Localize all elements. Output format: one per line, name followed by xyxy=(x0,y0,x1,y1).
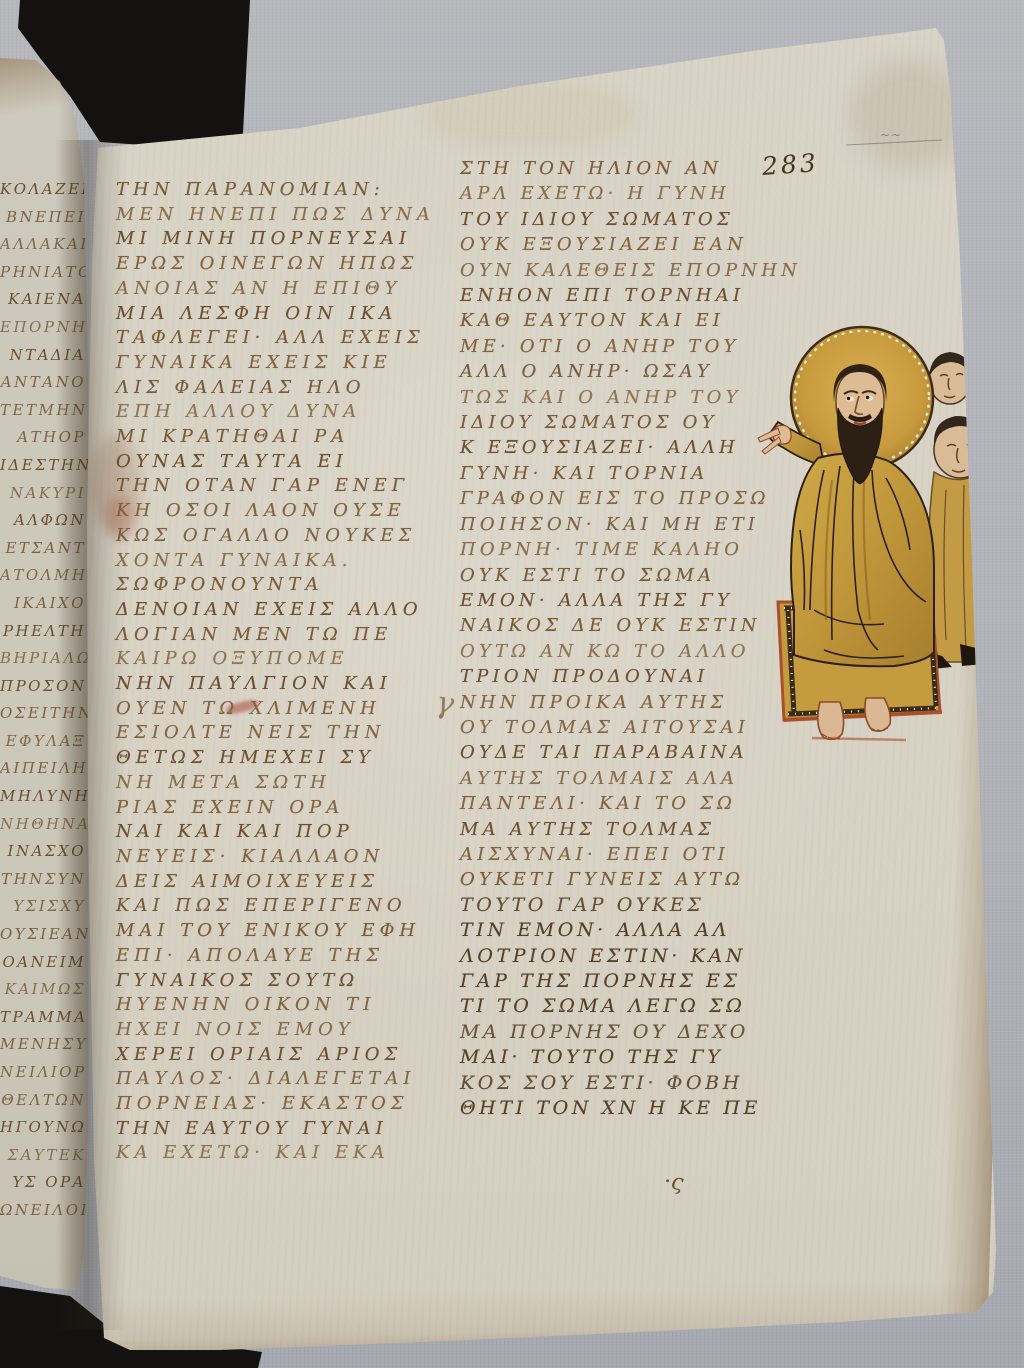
text-column-right: ΣΤΗ ΤΟΝ ΗΛΙΟΝ ΑΝΑΡΛ ΕΧΕΤΩ· Η ΓΥΝΗΤΟΥ ΙΔΙ… xyxy=(460,156,798,1121)
manuscript-line: ΟΥΔΕ ΤΑΙ ΠΑΡΑΒΑΙΝΑ xyxy=(460,740,798,765)
manuscript-line: ΟΥΚ ΕΞΟΥΣΙΑΖΕΙ ΕΑΝ xyxy=(460,232,798,257)
manuscript-line: ΚΗ ΟΣΟΙ ΛΑΟΝ ΟΥΣΕ xyxy=(116,499,450,524)
manuscript-line: ΓΥΝΑΙΚΟΣ ΣΟΥΤΩ xyxy=(116,969,450,994)
manuscript-line: ΗΧΕΙ ΝΟΙΣ ΕΜΟΥ xyxy=(116,1018,450,1043)
manuscript-line: ΑΡΛ ΕΧΕΤΩ· Η ΓΥΝΗ xyxy=(460,181,798,206)
manuscript-line: ΕΠΙ· ΑΠΟΛΑΥΕ ΤΗΣ xyxy=(116,944,450,969)
manuscript-line: ΤΑΦΛΕΓΕΙ· ΑΛΛ ΕΧΕΙΣ xyxy=(116,326,450,351)
manuscript-line: ΜΑΙ· ΤΟΥΤΟ ΤΗΣ ΓΥ xyxy=(460,1045,798,1070)
manuscript-line: ΜΑ ΠΟΡΝΗΣ ΟΥ ΔΕΧΟ xyxy=(460,1020,798,1045)
manuscript-line: ΛΟΤΡΙΟΝ ΕΣΤΙΝ· ΚΑΝ xyxy=(460,944,798,969)
manuscript-line: ΚΑ ΕΧΕΤΩ· ΚΑΙ ΕΚΑ xyxy=(116,1141,450,1166)
manuscript-line: ΟΥΝ ΚΑΛΕΘΕΙΣ ΕΠΟΡΝΗΝ xyxy=(460,258,798,283)
manuscript-line: ΝΗΝ ΠΑΥΛΓΙΟΝ ΚΑΙ xyxy=(116,672,450,697)
manuscript-line: ΣΤΗ ΤΟΝ ΗΛΙΟΝ ΑΝ xyxy=(460,156,798,181)
manuscript-line: ΠΑΥΛΟΣ· ΔΙΑΛΕΓΕΤΑΙ xyxy=(116,1067,450,1092)
manuscript-line: ΟΥΕΝ ΤΩ ΧΛΙΜΕΝΗ xyxy=(116,697,450,722)
manuscript-line: ΠΟΡΝΗ· ΤΙΜΕ ΚΑΛΗΟ xyxy=(460,537,798,562)
manuscript-line: Κ ΕΞΟΥΣΙΑΖΕΙ· ΑΛΛΗ xyxy=(460,435,798,460)
manuscript-line: ΟΥΚΕΤΙ ΓΥΝΕΙΣ ΑΥΤΩ xyxy=(460,867,798,892)
manuscript-line: ΝΗ ΜΕΤΑ ΣΩΤΗ xyxy=(116,771,450,796)
manuscript-line: ΝΑΙΚΟΣ ΔΕ ΟΥΚ ΕΣΤΙΝ xyxy=(460,613,798,638)
manuscript-line: ΜΙΑ ΛΕΣΦΗ ΟΙΝ ΙΚΑ xyxy=(116,302,450,327)
manuscript-line: ΚΑΙΡΩ ΟΞΥΠΟΜΕ xyxy=(116,647,450,672)
manuscript-line: ΑΝΟΙΑΣ ΑΝ Η ΕΠΙΘΥ xyxy=(116,277,450,302)
manuscript-line: ΠΟΡΝΕΙΑΣ· ΕΚΑΣΤΟΣ xyxy=(116,1092,450,1117)
manuscript-line: ΕΠΗ ΑΛΛΟΥ ΔΥΝΑ xyxy=(116,400,450,425)
manuscript-line: ΜΑ ΑΥΤΗΣ ΤΟΛΜΑΣ xyxy=(460,817,798,842)
manuscript-line: ΤΗΝ ΕΑΥΤΟΥ ΓΥΝΑΙ xyxy=(116,1117,450,1142)
manuscript-line: ΟΥ ΤΟΛΜΑΣ ΑΙΤΟΥΣΑΙ xyxy=(460,715,798,740)
manuscript-line: ΣΩΦΡΟΝΟΥΝΤΑ xyxy=(116,573,450,598)
manuscript-line: ΜΕ· ΟΤΙ Ο ΑΝΗΡ ΤΟΥ xyxy=(460,334,798,359)
manuscript-line: ΚΟΣ ΣΟΥ ΕΣΤΙ· ΦΟΒΗ xyxy=(460,1071,798,1096)
manuscript-line: ΚΑΘ ΕΑΥΤΟΝ ΚΑΙ ΕΙ xyxy=(460,308,798,333)
manuscript-line: ΚΑΙ ΠΩΣ ΕΠΕΡΙΓΕΝΟ xyxy=(116,894,450,919)
manuscript-line: ΓΥΝΗ· ΚΑΙ ΤΟΡΝΙΑ xyxy=(460,461,798,486)
manuscript-line: ΜΙ ΚΡΑΤΗΘΑΙ ΡΑ xyxy=(116,425,450,450)
manuscript-line: ΛΟΓΙΑΝ ΜΕΝ ΤΩ ΠΕ xyxy=(116,623,450,648)
manuscript-line: ΤΗΝ ΠΑΡΑΝΟΜΙΑΝ: xyxy=(116,178,450,203)
apostle-pupil-right xyxy=(866,396,869,399)
manuscript-line: ΠΑΝΤΕΛΙ· ΚΑΙ ΤΟ ΣΩ xyxy=(460,791,798,816)
manuscript-line: ΓΥΝΑΙΚΑ ΕΧΕΙΣ ΚΙΕ xyxy=(116,351,450,376)
manuscript-line: ΕΜΟΝ· ΑΛΛΑ ΤΗΣ ΓΥ xyxy=(460,588,798,613)
manuscript-page: ~~ 283 λι ΤΗΝ ΠΑΡΑΝΟΜΙΑΝ:ΜΕΝ ΗΝΕΠΙ ΠΩΣ Δ… xyxy=(0,0,1024,1368)
manuscript-line: ΟΥΤΩ ΑΝ ΚΩ ΤΟ ΑΛΛΟ xyxy=(460,639,798,664)
apostle-pupil-left xyxy=(847,397,850,400)
manuscript-line: ΡΙΑΣ ΕΧΕΙΝ ΟΡΑ xyxy=(116,796,450,821)
manuscript-line: ΙΔΙΟΥ ΣΩΜΑΤΟΣ ΟΥ xyxy=(460,410,798,435)
manuscript-line: ΑΥΤΗΣ ΤΟΛΜΑΙΣ ΑΛΑ xyxy=(460,766,798,791)
manuscript-line: ΤΩΣ ΚΑΙ Ο ΑΝΗΡ ΤΟΥ xyxy=(460,385,798,410)
manuscript-line: ΟΥΚ ΕΣΤΙ ΤΟ ΣΩΜΑ xyxy=(460,563,798,588)
manuscript-line: ΘΗΤΙ ΤΟΝ ΧΝ Η ΚΕ ΠΕ xyxy=(460,1096,798,1121)
gutter-shadow xyxy=(55,140,127,1330)
manuscript-line: ΤΡΙΟΝ ΠΡΟΔΟΥΝΑΙ xyxy=(460,664,798,689)
manuscript-line: ΔΕΙΣ ΑΙΜΟΙΧΕΥΕΙΣ xyxy=(116,870,450,895)
pencil-scribble: ~~ xyxy=(846,132,942,152)
manuscript-line: ΕΡΩΣ ΟΙΝΕΓΩΝ ΗΠΩΣ xyxy=(116,252,450,277)
manuscript-line: ΧΕΡΕΙ ΟΡΙΑΙΣ ΑΡΙΟΣ xyxy=(116,1043,450,1068)
manuscript-line: ΤΙΝ ΕΜΟΝ· ΑΛΛΑ ΑΛ xyxy=(460,918,798,943)
manuscript-line: ΤΙ ΤΟ ΣΩΜΑ ΛΕΓΩ ΣΩ xyxy=(460,994,798,1019)
manuscript-line: ΝΑΙ ΚΑΙ ΚΑΙ ΠΟΡ xyxy=(116,820,450,845)
gutter-quote-mark: γ xyxy=(434,685,457,722)
manuscript-line: ΔΕΝΟΙΑΝ ΕΧΕΙΣ ΑΛΛΟ xyxy=(116,598,450,623)
manuscript-line: ΝΗΝ ΠΡΟΙΚΑ ΑΥΤΗΣ xyxy=(460,690,798,715)
manuscript-line: ΕΝΗΟΝ ΕΠΙ ΤΟΡΝΗΑΙ xyxy=(460,283,798,308)
manuscript-line: ΟΥΝΑΣ ΤΑΥΤΑ ΕΙ xyxy=(116,450,450,475)
manuscript-line: ΜΑΙ ΤΟΥ ΕΝΙΚΟΥ ΕΦΗ xyxy=(116,919,450,944)
manuscript-line: ΜΙ ΜΙΝΗ ΠΟΡΝΕΥΣΑΙ xyxy=(116,227,450,252)
manuscript-line: ΧΟΝΤΑ ΓΥΝΑΙΚΑ. xyxy=(116,549,450,574)
tailpiece-flourish: ·ς xyxy=(663,1169,685,1196)
manuscript-line: ΕΣΙΟΛΤΕ ΝΕΙΣ ΤΗΝ xyxy=(116,721,450,746)
manuscript-line: ΤΗΝ ΟΤΑΝ ΓΑΡ ΕΝΕΓ xyxy=(116,474,450,499)
manuscript-line: ΝΕΥΕΙΣ· ΚΙΑΛΛΑΟΝ xyxy=(116,845,450,870)
manuscript-line: ΓΑΡ ΤΗΣ ΠΟΡΝΗΣ ΕΣ xyxy=(460,969,798,994)
manuscript-line: ΗΥΕΝΗΝ ΟΙΚΟΝ ΤΙ xyxy=(116,993,450,1018)
manuscript-line: ΚΩΣ ΟΓΑΛΛΟ ΝΟΥΚΕΣ xyxy=(116,524,450,549)
manuscript-line: ΛΙΣ ΦΑΛΕΙΑΣ ΗΛΟ xyxy=(116,376,450,401)
text-column-left: ΤΗΝ ΠΑΡΑΝΟΜΙΑΝ:ΜΕΝ ΗΝΕΠΙ ΠΩΣ ΔΥΝΑΜΙ ΜΙΝΗ… xyxy=(116,178,450,1166)
manuscript-line: ΑΙΣΧΥΝΑΙ· ΕΠΕΙ ΟΤΙ xyxy=(460,842,798,867)
manuscript-line: ΓΡΑΦΟΝ ΕΙΣ ΤΟ ΠΡΟΣΩ xyxy=(460,486,798,511)
manuscript-line: ΑΛΛ Ο ΑΝΗΡ· ΩΣΑΥ xyxy=(460,359,798,384)
manuscript-line: ΤΟΥΤΟ ΓΑΡ ΟΥΚΕΣ xyxy=(460,893,798,918)
manuscript-line: ΤΟΥ ΙΔΙΟΥ ΣΩΜΑΤΟΣ xyxy=(460,207,798,232)
manuscript-line: ΠΟΙΗΣΟΝ· ΚΑΙ ΜΗ ΕΤΙ xyxy=(460,512,798,537)
manuscript-line: ΜΕΝ ΗΝΕΠΙ ΠΩΣ ΔΥΝΑ xyxy=(116,203,450,228)
pencil-squiggle: ~~ xyxy=(880,128,902,142)
manuscript-line: ΘΕΤΩΣ ΗΜΕΧΕΙ ΣΥ xyxy=(116,746,450,771)
